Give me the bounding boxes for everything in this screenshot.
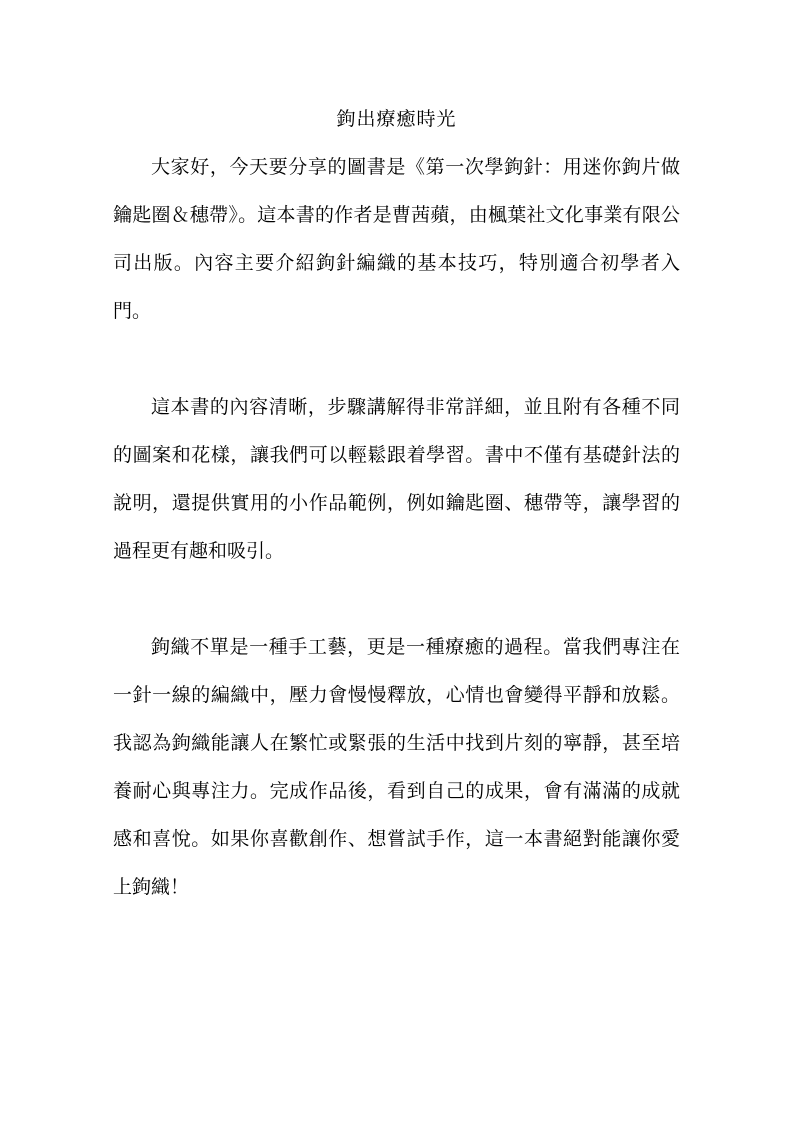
page-title: 鉤出療癒時光 [113, 96, 680, 144]
paragraph-healing: 鉤織不單是一種手工藝，更是一種療癒的過程。當我們專注在一針一線的編織中，壓力會慢… [113, 624, 680, 912]
document-page: 鉤出療癒時光 大家好，今天要分享的圖書是《第一次學鉤針：用迷你鉤片做鑰匙圈＆穗帶… [0, 0, 793, 1122]
paragraph-intro: 大家好，今天要分享的圖書是《第一次學鉤針：用迷你鉤片做鑰匙圈＆穗帶》。這本書的作… [113, 144, 680, 336]
paragraph-book-content: 這本書的內容清晰，步驟講解得非常詳細，並且附有各種不同的圖案和花樣，讓我們可以輕… [113, 384, 680, 576]
